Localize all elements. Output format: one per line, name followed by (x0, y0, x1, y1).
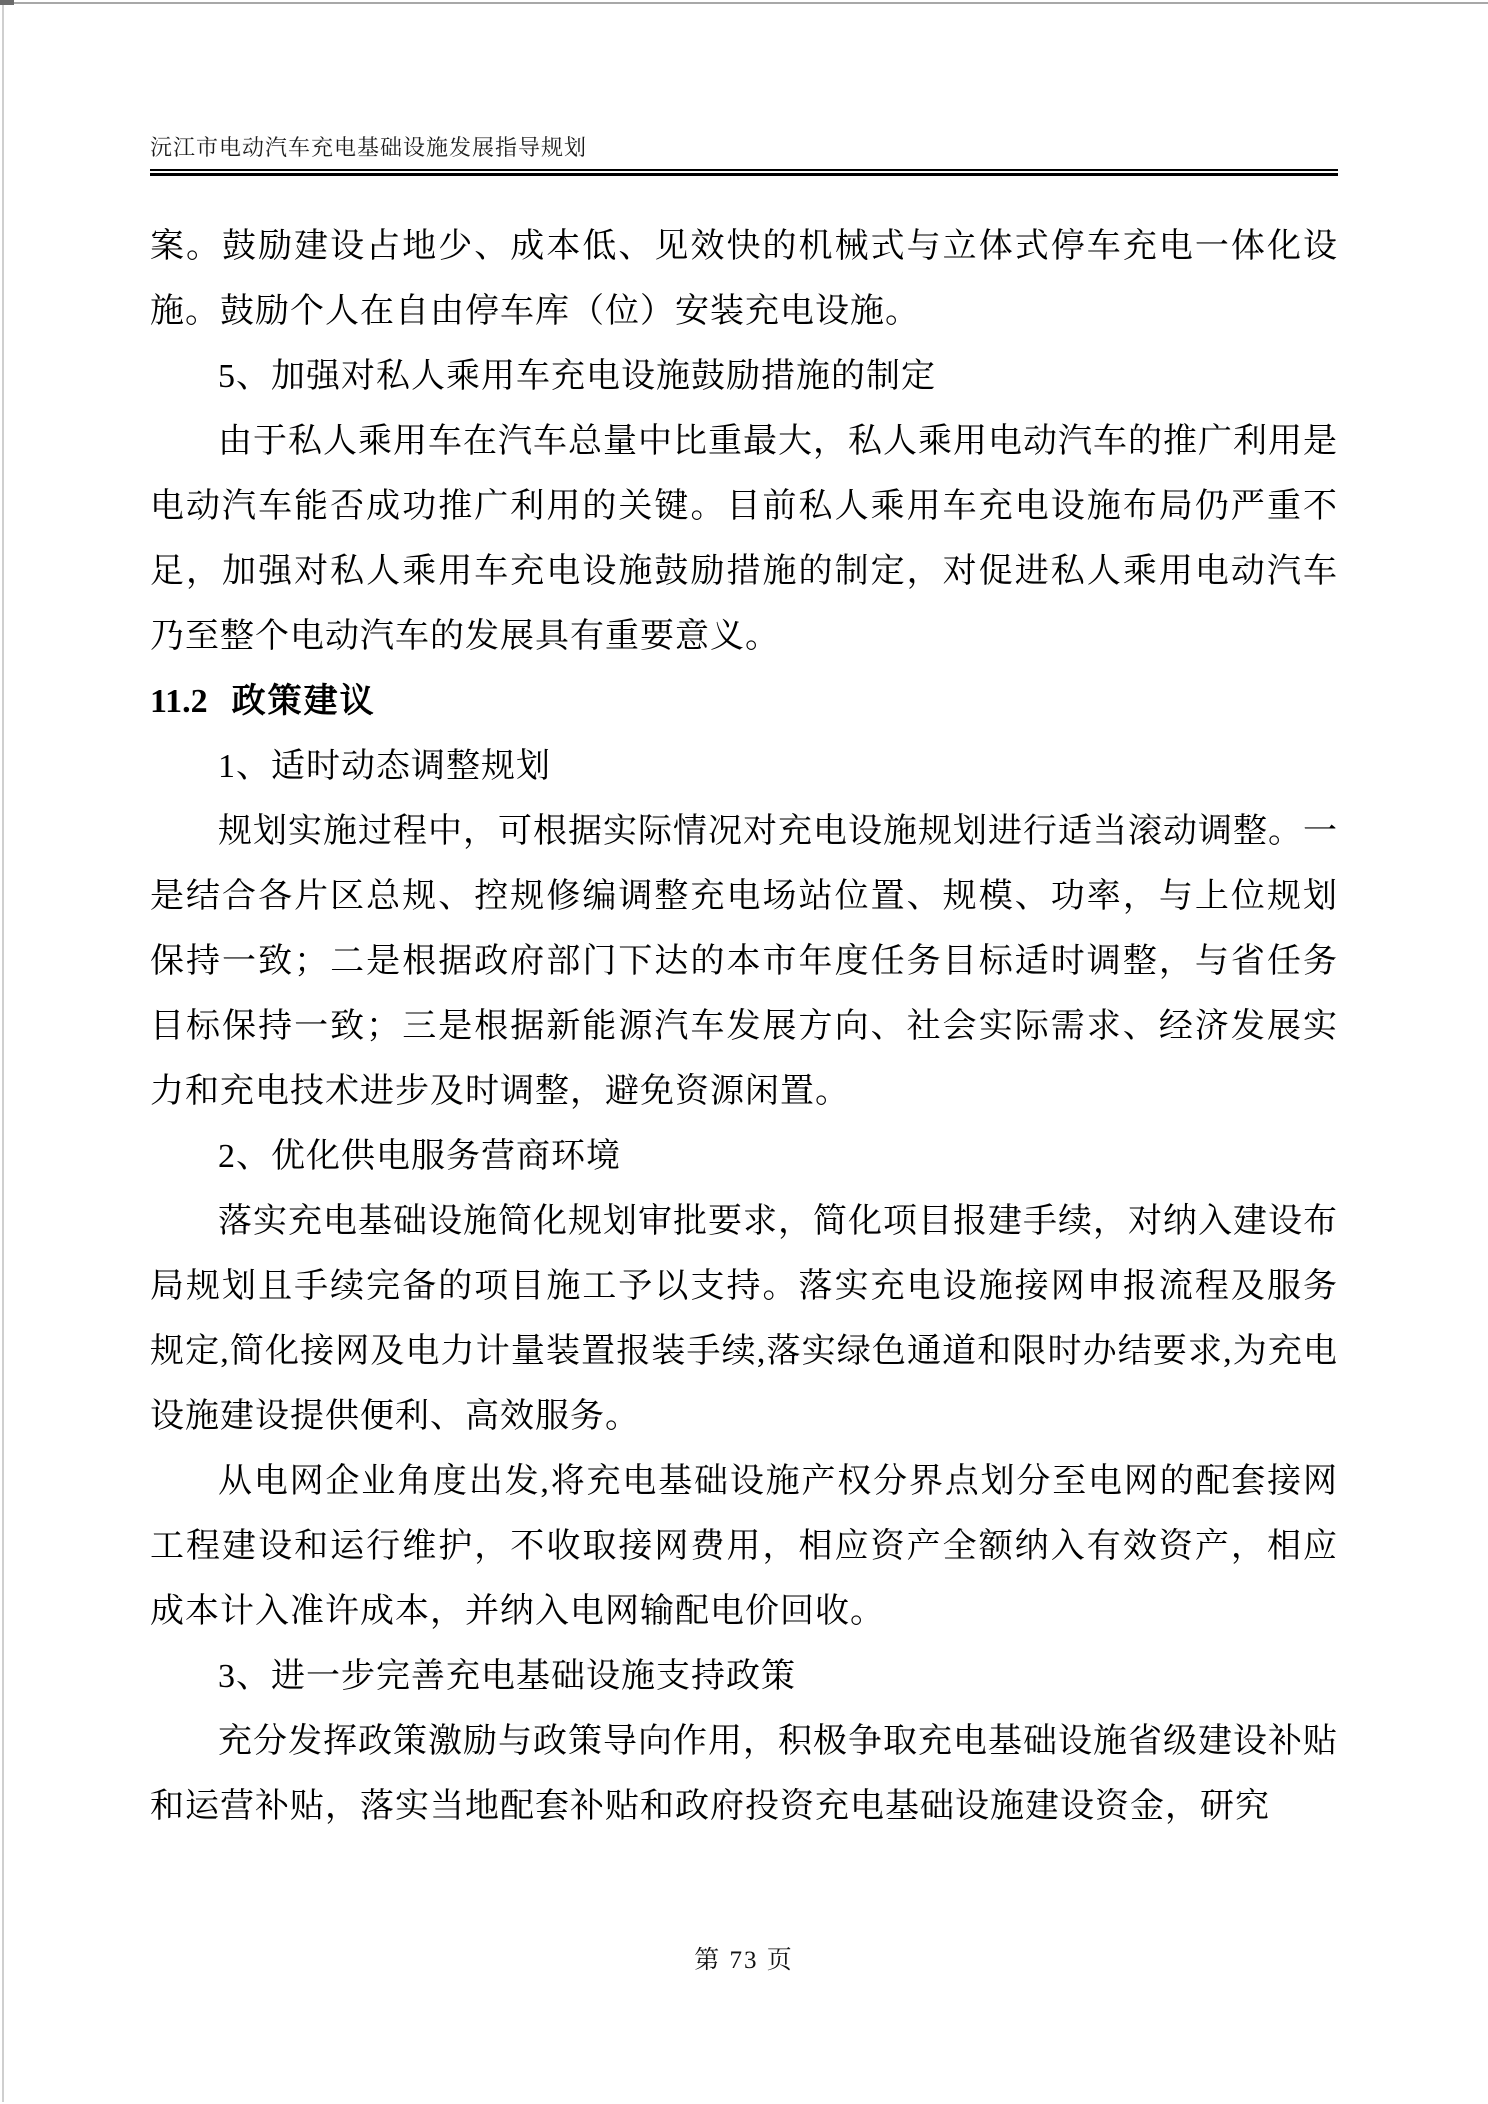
scan-edge-corner (0, 0, 14, 5)
paragraph: 从电网企业角度出发,将充电基础设施产权分界点划分至电网的配套接网工程建设和运行维… (150, 1449, 1338, 1644)
paragraph: 充分发挥政策激励与政策导向作用，积极争取充电基础设施省级建设补贴和运营补贴，落实… (150, 1709, 1338, 1839)
heading-number: 11.2 (150, 683, 208, 720)
scan-edge-top (0, 2, 1488, 4)
page-number: 第 73 页 (694, 1947, 794, 1974)
document-body: 案。鼓励建设占地少、成本低、见效快的机械式与立体式停车充电一体化设施。鼓励个人在… (150, 214, 1338, 1839)
paragraph: 由于私人乘用车在汽车总量中比重最大，私人乘用电动汽车的推广利用是电动汽车能否成功… (150, 409, 1338, 669)
paragraph: 规划实施过程中，可根据实际情况对充电设施规划进行适当滚动调整。一是结合各片区总规… (150, 799, 1338, 1124)
paragraph: 1、适时动态调整规划 (150, 734, 1338, 799)
page-header: 沅江市电动汽车充电基础设施发展指导规划 (150, 134, 1338, 176)
page-footer: 第 73 页 (0, 1940, 1488, 1976)
header-rule (150, 169, 1338, 176)
paragraph: 案。鼓励建设占地少、成本低、见效快的机械式与立体式停车充电一体化设施。鼓励个人在… (150, 214, 1338, 344)
section-heading: 11.2政策建议 (150, 669, 1338, 734)
paragraph: 5、加强对私人乘用车充电设施鼓励措施的制定 (150, 344, 1338, 409)
page-header-title: 沅江市电动汽车充电基础设施发展指导规划 (150, 134, 1338, 162)
heading-text: 政策建议 (232, 683, 376, 720)
paragraph: 3、进一步完善充电基础设施支持政策 (150, 1644, 1338, 1709)
scan-edge-left (2, 2, 4, 2102)
paragraph: 落实充电基础设施简化规划审批要求，简化项目报建手续，对纳入建设布局规划且手续完备… (150, 1189, 1338, 1449)
paragraph: 2、优化供电服务营商环境 (150, 1124, 1338, 1189)
